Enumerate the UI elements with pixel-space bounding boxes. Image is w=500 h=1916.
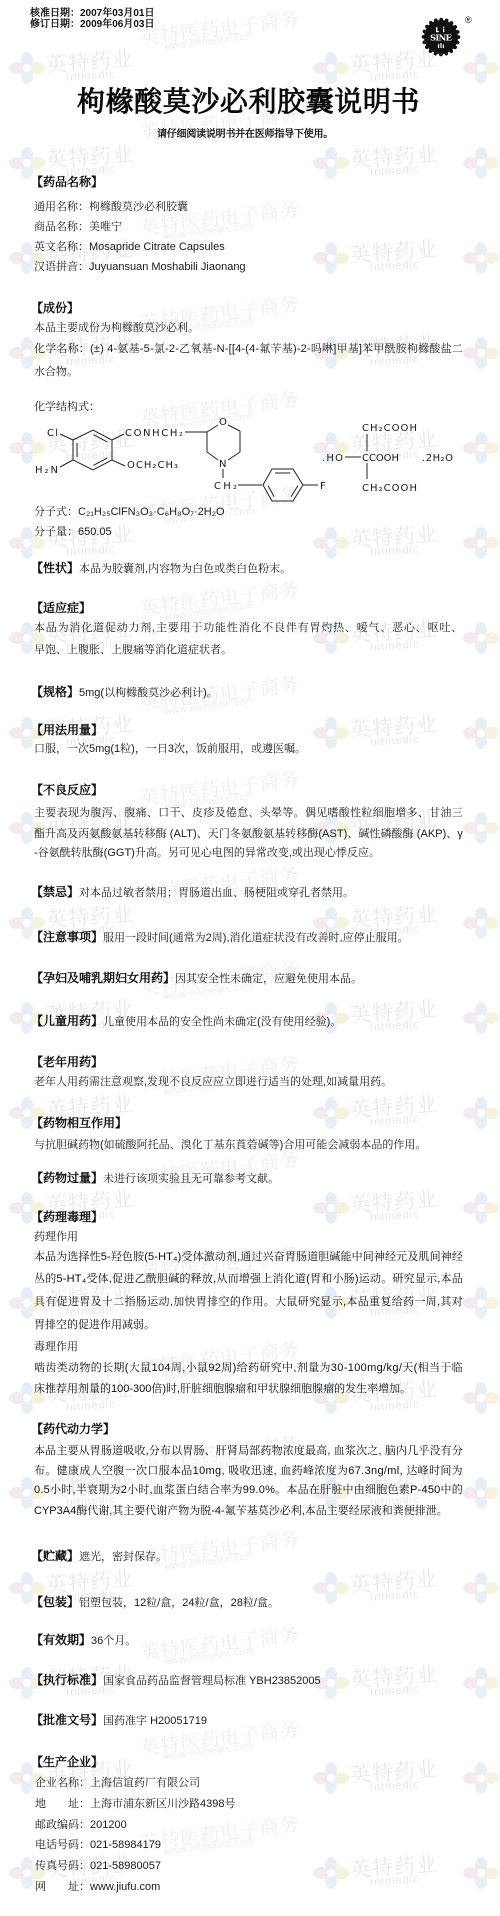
molecular-weight: 650.05 xyxy=(78,526,112,538)
citric-bottom-label: CH₂COOH xyxy=(362,483,417,494)
section-title: 【执行标准】 xyxy=(31,1673,103,1687)
field-label: 分子量： xyxy=(34,526,78,538)
section-content: 儿童使用本品的安全性尚未确定(没有使用经验)。 xyxy=(103,1016,341,1028)
field-label: 网 址： xyxy=(35,1881,90,1893)
drug-leaflet: 核准日期：2007年03月01日 修订日期：2009年06月03日 SINE ®… xyxy=(0,0,500,1916)
section-title-drug-name: 【药品名称】 xyxy=(31,174,103,190)
pharmacology-line: 胃排空的促进作用减弱。 xyxy=(34,1318,155,1332)
section-content: 因其安全性未确定，应避免使用本品。 xyxy=(175,973,362,985)
section-title: 【注意事项】 xyxy=(31,930,103,944)
amino-label: H₂N xyxy=(35,465,58,476)
section-title-pharmacokinetics: 【药代动力学】 xyxy=(31,1421,115,1437)
section-standard: 【执行标准】国家食品药品监督管理局标准 YBH23852005 xyxy=(31,1672,321,1689)
page-subtitle: 请仔细阅读说明书并在医师指导下使用。 xyxy=(157,129,333,141)
fluorine-label: F xyxy=(320,481,326,492)
adverse-reactions-line: 主要表现为腹泻、腹痛、口干、皮疹及倦怠、头晕等。偶见嗜酸性粒细胞增多、甘油三 xyxy=(34,806,463,820)
field-value: 枸橼酸莫沙必利胶囊 xyxy=(89,201,188,213)
section-title-geriatric-use: 【老年用药】 xyxy=(31,1054,103,1070)
field-label: 通用名称： xyxy=(34,201,89,213)
section-title: 【批准文号】 xyxy=(31,1713,103,1727)
citric-hydroxy-label: .HO xyxy=(322,453,343,464)
adverse-reactions-line: -谷氨酰转肽酶(GGT)升高。另可见心电图的异常改变,或出现心悸反应。 xyxy=(34,846,380,860)
pharmacology-line: 具有促进胃及十二指肠运动,加快胃排空的作用。大鼠研究显示,本品重复给药一周,其对 xyxy=(34,1295,463,1309)
methylene-label: CH₂ xyxy=(214,481,237,492)
section-title-indications: 【适应症】 xyxy=(31,600,91,616)
english-name-row: 英文名称：Mosapride Citrate Capsules xyxy=(34,240,225,254)
pinyin-name-row: 汉语拼音：Juyuansuan Moshabili Jiaonang xyxy=(34,260,246,274)
section-content: 本品为胶囊剂,内容物为白色或类白色粉末。 xyxy=(79,563,291,575)
field-value: 上海市浦东新区川沙路4398号 xyxy=(90,1798,235,1810)
manufacturer-address-row: 地 址：上海市浦东新区川沙路4398号 xyxy=(35,1797,235,1811)
drug-interactions-text: 与抗胆碱药物(如硫酸阿托品、溴化丁基东莨菪碱等)合用可能会减弱本品的作用。 xyxy=(34,1138,426,1152)
ring-nitrogen-label: N xyxy=(219,459,226,470)
field-value: 021-58980057 xyxy=(90,1860,161,1872)
pharmacology-subtitle: 药理作用 xyxy=(34,1230,78,1244)
section-title: 【孕妇及哺乳期妇女用药】 xyxy=(31,971,175,985)
section-description: 【性状】本品为胶囊剂,内容物为白色或类白色粉末。 xyxy=(31,560,291,577)
section-title: 【有效期】 xyxy=(31,1633,91,1647)
field-label: 商品名称： xyxy=(34,221,89,233)
section-title-pharmacology-toxicology: 【药理毒理】 xyxy=(31,1209,103,1225)
pharmacokinetics-line: 0.5小时,半衰期为2小时,血浆蛋白结合率为99.0%。本品在肝脏中由细胞色素P… xyxy=(34,1483,463,1497)
toxicology-line: 床推荐用剂量的100-300倍)时,肝脏细胞腺瘤和甲状腺细胞腺瘤的发生率增加。 xyxy=(34,1382,411,1396)
section-title: 【包装】 xyxy=(31,1595,79,1609)
section-contraindications: 【禁忌】对本品过敏者禁用；胃肠道出血、肠梗阻或穿孔者禁用。 xyxy=(31,884,354,901)
composition-main: 本品主要成份为枸橼酸莫沙必利。 xyxy=(34,321,199,335)
field-value: 201200 xyxy=(90,1819,127,1831)
section-shelf-life: 【有效期】36个月。 xyxy=(31,1632,136,1649)
logo-text: SINE xyxy=(430,34,453,44)
revision-date: 修订日期：2009年06月03日 xyxy=(30,19,155,31)
indications-line: 本品为消化道促动力剂,主要用于功能性消化不良伴有胃灼热、嗳气、恶心、呕吐、 xyxy=(34,621,463,635)
toxicology-line: 啮齿类动物的长期(大鼠104周,小鼠92周)给药研究中,剂量为30-100mg/… xyxy=(34,1361,463,1375)
section-storage: 【贮藏】遮光，密封保存。 xyxy=(31,1548,167,1565)
section-precautions: 【注意事项】服用一段时间(通常为2周),消化道症状没有改善时,应停止服用。 xyxy=(31,929,409,946)
section-title: 【禁忌】 xyxy=(31,885,79,899)
field-value: 美唯宁 xyxy=(89,221,122,233)
company-logo: SINE xyxy=(418,14,464,60)
manufacturer-fax-row: 传真号码：021-58980057 xyxy=(35,1859,161,1873)
ethoxy-label: OCH₂CH₃ xyxy=(127,460,178,471)
field-value: 021-58984179 xyxy=(90,1839,161,1851)
citric-top-label: CH₂COOH xyxy=(362,423,417,434)
section-approval-number: 【批准文号】国药准字 H20051719 xyxy=(31,1712,207,1729)
section-content: 国家食品药品监督管理局标准 YBH23852005 xyxy=(103,1675,321,1687)
chlorine-label: Cl xyxy=(47,428,58,439)
hydrate-label: .2H₂O xyxy=(422,453,453,464)
field-value: Mosapride Citrate Capsules xyxy=(89,241,225,253)
section-content: 服用一段时间(通常为2周),消化道症状没有改善时,应停止服用。 xyxy=(103,932,409,944)
morpholine-ring xyxy=(207,425,262,485)
generic-name-row: 通用名称：枸橼酸莫沙必利胶囊 xyxy=(34,200,188,214)
adverse-reactions-line: 酯升高及丙氨酸氨基转移酶 (ALT)、天门冬氨酸氨基转移酶(AST)、碱性磷酸酶… xyxy=(34,827,463,841)
section-pediatric-use: 【儿童用药】儿童使用本品的安全性尚未确定(没有使用经验)。 xyxy=(31,1013,341,1030)
pharmacology-line: 丛的5-HT₄受体,促进乙酰胆碱的释放,从而增强上消化道(胃和小肠)运动。研究显… xyxy=(34,1272,463,1286)
chemical-name-line: 化学名称：(±) 4-氨基-5-氯-2-乙氧基-N-[[4-(4-氟苄基)-2-… xyxy=(34,342,463,356)
field-label: 企业名称： xyxy=(35,1777,90,1789)
manufacturer-phone-row: 电话号码：021-58984179 xyxy=(35,1838,161,1852)
field-value: Juyuansuan Moshabili Jiaonang xyxy=(89,261,246,273)
molecular-formula-row: 分子式：C₂₁H₂₅ClFN₃O₃·C₆H₈O₇·2H₂O xyxy=(34,505,225,519)
field-label: 电话号码： xyxy=(35,1839,90,1851)
section-title-composition: 【成份】 xyxy=(31,300,79,316)
molecular-formula: C₂₁H₂₅ClFN₃O₃·C₆H₈O₇·2H₂O xyxy=(78,506,225,518)
section-pregnancy-lactation: 【孕妇及哺乳期妇女用药】因其安全性未确定，应避免使用本品。 xyxy=(31,970,362,987)
section-content: 36个月。 xyxy=(91,1635,136,1647)
section-overdose: 【药物过量】未进行该项实验且无可靠参考文献。 xyxy=(31,1170,279,1187)
section-content: 铝塑包装，12粒/盒，24粒/盒，28粒/盒。 xyxy=(79,1597,279,1609)
trade-name-row: 商品名称：美唯宁 xyxy=(34,220,122,234)
section-title: 【贮藏】 xyxy=(31,1549,79,1563)
field-value: 上海信谊药厂有限公司 xyxy=(90,1777,200,1789)
section-content: 未进行该项实验且无可靠参考文献。 xyxy=(103,1173,279,1185)
pharmacology-line: 本品为选择性5-羟色胺(5-HT₄)受体激动剂,通过兴奋胃肠道胆碱能中间神经元及… xyxy=(34,1250,463,1264)
indications-line: 早饱、上腹胀、上腹痛等消化道症状者。 xyxy=(34,643,232,657)
section-title-adverse-reactions: 【不良反应】 xyxy=(31,782,103,798)
manufacturer-website-row: 网 址：www.jiufu.com xyxy=(35,1880,160,1894)
section-packaging: 【包装】铝塑包装，12粒/盒，24粒/盒，28粒/盒。 xyxy=(31,1594,279,1611)
chemical-structure-diagram: Cl H₂N CONHCH₂ OCH₂CH₃ O N CH₂ F CH₂COOH… xyxy=(0,410,500,510)
chemical-name-line: 水合物。 xyxy=(34,365,78,379)
section-content: 5mg(以枸橼酸莫沙必利计)。 xyxy=(79,687,218,699)
field-label: 英文名称： xyxy=(34,241,89,253)
page-title: 枸橼酸莫沙必利胶囊说明书 xyxy=(77,85,420,119)
pharmacokinetics-line: 布。健康成人空腹一次口服本品10mg, 吸收迅速, 血药峰浓度为67.3ng/m… xyxy=(34,1464,463,1478)
toxicology-subtitle: 毒理作用 xyxy=(34,1340,78,1354)
section-title: 【儿童用药】 xyxy=(31,1014,103,1028)
manufacturer-name-row: 企业名称：上海信谊药厂有限公司 xyxy=(35,1776,200,1790)
section-content: 对本品过敏者禁用；胃肠道出血、肠梗阻或穿孔者禁用。 xyxy=(79,887,354,899)
section-title-dosage: 【用法用量】 xyxy=(31,722,103,738)
section-title: 【规格】 xyxy=(31,685,79,699)
field-label: 分子式： xyxy=(34,506,78,518)
section-content: 遮光，密封保存。 xyxy=(79,1551,167,1563)
field-label: 传真号码： xyxy=(35,1860,90,1872)
section-title: 【性状】 xyxy=(31,561,79,575)
field-value: www.jiufu.com xyxy=(90,1881,160,1893)
geriatric-use-text: 老年人用药需注意观察,发现不良反应应立即进行适当的处理,如减量用药。 xyxy=(34,1075,392,1089)
molecular-weight-row: 分子量：650.05 xyxy=(34,525,112,539)
benzamide-ring xyxy=(73,430,112,470)
registered-mark: ® xyxy=(465,15,472,25)
field-label: 地 址： xyxy=(35,1798,90,1810)
dosage-text: 口服，一次5mg(1粒)，一日3次，饭前服用，或遵医嘱。 xyxy=(34,742,306,756)
pharmacokinetics-line: CYP3A4酶代谢,其主要代谢产物为脱-4-氟苄基莫沙必利,本品主要经尿液和粪便… xyxy=(34,1504,448,1518)
amide-label: CONHCH₂ xyxy=(125,428,183,439)
section-title-drug-interactions: 【药物相互作用】 xyxy=(31,1115,127,1131)
ring-oxygen-label: O xyxy=(219,417,227,428)
section-title-manufacturer: 【生产企业】 xyxy=(31,1754,103,1770)
pharmacokinetics-line: 本品主要从胃肠道吸收,分布以胃肠、肝肾局部药物浓度最高, 血浆次之, 脑内几乎没… xyxy=(34,1444,463,1458)
field-label: 邮政编码： xyxy=(35,1819,90,1831)
fluorophenyl-ring xyxy=(263,469,318,501)
section-title: 【药物过量】 xyxy=(31,1171,103,1185)
section-strength: 【规格】5mg(以枸橼酸莫沙必利计)。 xyxy=(31,684,218,701)
manufacturer-postcode-row: 邮政编码：201200 xyxy=(35,1818,127,1832)
section-content: 国药准字 H20051719 xyxy=(103,1715,207,1727)
field-label: 汉语拼音： xyxy=(34,261,89,273)
citric-center-label: CCOOH xyxy=(362,453,399,464)
